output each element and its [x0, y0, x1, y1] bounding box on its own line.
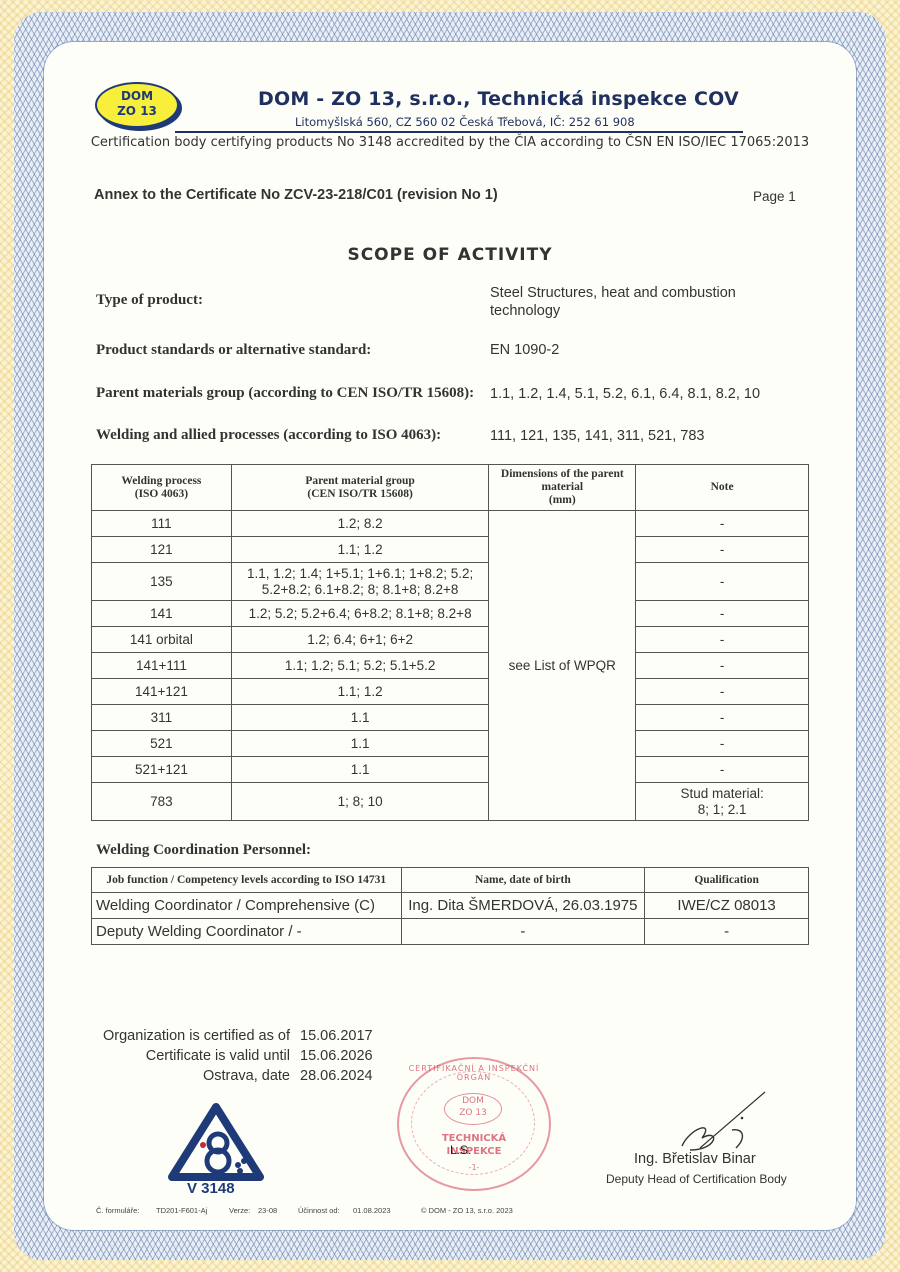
header-dimensions: Dimensions of the parentmaterial(mm)	[489, 465, 636, 511]
issue-date: 28.06.2024	[300, 1066, 373, 1086]
official-stamp: CERTIFIKAČNÍ A INSPEKČNÍ ORGÁN DOM ZO 13…	[397, 1057, 551, 1191]
stamp-logo: DOM ZO 13	[444, 1093, 502, 1125]
logo-line2: ZO 13	[97, 105, 177, 118]
type-of-product-line2: technology	[490, 302, 736, 320]
type-of-product-line1: Steel Structures, heat and combustion	[490, 284, 736, 302]
table-row: 521 1.1 -	[92, 731, 809, 757]
table-row: 141 1.2; 5.2; 5.2+6.4; 6+8.2; 8.1+8; 8.2…	[92, 601, 809, 627]
personnel-row: Deputy Welding Coordinator / - - -	[92, 919, 809, 945]
welding-process-table: Welding process(ISO 4063) Parent materia…	[91, 464, 809, 821]
ls-mark: L.S.	[450, 1143, 471, 1157]
product-standard-label: Product standards or alternative standar…	[96, 342, 371, 359]
table-row: 141 orbital 1.2; 6.4; 6+1; 6+2 -	[92, 627, 809, 653]
company-address: Litomyšlská 560, CZ 560 02 Česká Třebová…	[295, 115, 635, 129]
personnel-header-row: Job function / Competency levels accordi…	[92, 868, 809, 893]
validity-values: 15.06.2017 15.06.2026 28.06.2024	[300, 1026, 373, 1086]
personnel-title: Welding Coordination Personnel:	[96, 842, 311, 859]
type-of-product-label: Type of product:	[96, 292, 203, 309]
annex-title: Annex to the Certificate No ZCV-23-218/C…	[94, 187, 498, 203]
footer-form-value: TD201-F601-Aj	[156, 1206, 207, 1215]
header-welding-process: Welding process(ISO 4063)	[92, 465, 232, 511]
table-header-row: Welding process(ISO 4063) Parent materia…	[92, 465, 809, 511]
table-row: 141+111 1.1; 1.2; 5.1; 5.2; 5.1+5.2 -	[92, 653, 809, 679]
signatory-name: Ing. Břetislav Binar	[634, 1151, 756, 1167]
footer-form-label: Č. formuláře:	[96, 1206, 139, 1215]
table-row: 121 1.1; 1.2 -	[92, 537, 809, 563]
product-standard-value: EN 1090-2	[490, 342, 559, 358]
table-row: 111 1.2; 8.2 see List of WPQR -	[92, 511, 809, 537]
personnel-table: Job function / Competency levels accordi…	[91, 867, 809, 945]
table-row: 521+121 1.1 -	[92, 757, 809, 783]
valid-until-date: 15.06.2026	[300, 1046, 373, 1066]
header-note: Note	[636, 465, 809, 511]
page-number: Page 1	[753, 189, 796, 204]
accreditation-mark-icon	[168, 1103, 268, 1183]
table-row: 783 1; 8; 10 Stud material:8; 1; 2.1	[92, 783, 809, 821]
personnel-row: Welding Coordinator / Comprehensive (C) …	[92, 893, 809, 919]
footer-version-label: Verze:	[229, 1206, 250, 1215]
signatory-role: Deputy Head of Certification Body	[606, 1172, 787, 1186]
footer-version-value: 23-08	[258, 1206, 277, 1215]
table-row: 311 1.1 -	[92, 705, 809, 731]
dimensions-cell: see List of WPQR	[489, 511, 636, 821]
header-rule	[175, 131, 743, 133]
accreditation-statement: Certification body certifying products N…	[0, 135, 900, 150]
company-logo: DOM ZO 13	[95, 82, 179, 128]
footer-copyright: © DOM - ZO 13, s.r.o. 2023	[421, 1206, 513, 1215]
type-of-product-value: Steel Structures, heat and combustion te…	[490, 284, 736, 320]
company-name: DOM - ZO 13, s.r.o., Technická inspekce …	[258, 88, 739, 110]
table-row: 141+121 1.1; 1.2 -	[92, 679, 809, 705]
accreditation-mark-label: V 3148	[187, 1180, 235, 1197]
certified-date: 15.06.2017	[300, 1026, 373, 1046]
signature-icon	[660, 1088, 770, 1158]
scope-title: SCOPE OF ACTIVITY	[0, 245, 900, 265]
parent-materials-label: Parent materials group (according to CEN…	[96, 385, 474, 402]
parent-materials-value: 1.1, 1.2, 1.4, 5.1, 5.2, 6.1, 6.4, 8.1, …	[490, 386, 760, 402]
logo-line1: DOM	[97, 90, 177, 103]
footer-effective-value: 01.08.2023	[353, 1206, 391, 1215]
validity-labels: Organization is certified as of Certific…	[90, 1026, 290, 1086]
header-parent-material-group: Parent material group(CEN ISO/TR 15608)	[231, 465, 489, 511]
welding-processes-label: Welding and allied processes (according …	[96, 427, 441, 444]
footer-effective-label: Účinnost od:	[298, 1206, 340, 1215]
welding-processes-value: 111, 121, 135, 141, 311, 521, 783	[490, 428, 704, 444]
table-row: 135 1.1, 1.2; 1.4; 1+5.1; 1+6.1; 1+8.2; …	[92, 563, 809, 601]
